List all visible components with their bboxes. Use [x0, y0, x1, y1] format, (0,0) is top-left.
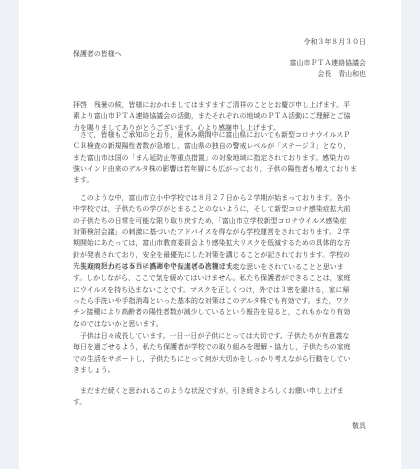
- paragraph-line: 強いインド由来のデルタ株の影響は若年層にも広がっており，子供の陽性者も増えており…: [73, 164, 357, 175]
- letter-addressee: 保護者の皆様へ: [73, 49, 122, 60]
- letter-page: 令和３年８月３０日 保護者の皆様へ 富山市ＰＴＡ連絡協議会 会長 青山和也 拝啓…: [19, 0, 401, 469]
- paragraph-line: チン接種により高齢者の陽性者数が減少しているという報告を見ると，これもかなり有効: [73, 307, 350, 318]
- paragraph-line: 対策検討会議」の刺激に基づいたアドバイスを得ながら学校運営をされております。２学: [73, 227, 350, 238]
- paragraph-line: ったら手洗いや手指消毒といった基本的な対策はこのデルタ株でも有効です。また，ワク: [73, 296, 349, 307]
- paragraph-line: 拝啓 残暑の候，皆様におかれましてはますますご清祥のこととお慶び申し上げます。平: [73, 100, 350, 111]
- paragraph-line: の子供たちの日常を可能な限り取り戻すため，「富山市立学校新型コロナウイルス感染症: [73, 216, 346, 227]
- paragraph-line: また富山市は国の「まん延防止等重点措置」の対象地域に指定されております。感染力の: [73, 153, 350, 164]
- paragraph-line: す。しかしながら，ここで気を緩めてはいけません。私たち保護者ができることは，家庭: [73, 273, 350, 284]
- paragraph-line: にウイルスを持ち込まないことです。マスクを正しくつけ，外では３密を避ける，家に帰: [73, 285, 349, 296]
- paragraph-line: 針が発表されており，安全を最優先にした対策を講じることが記されております。学校の: [73, 250, 350, 261]
- paragraph-line: さて，皆様もご承知のとおり，夏休み期間中に富山県においても新型コロナウイルスＰ: [73, 130, 350, 141]
- sender-organization: 富山市ＰＴＡ連絡協議会: [219, 58, 366, 69]
- sender-name: 会長 青山和也: [219, 69, 366, 80]
- paragraph-line: 毎日を過ごせるよう，私たち保護者が学校での取り組みを理解・協力し，子供たちの家庭: [73, 342, 351, 353]
- paragraph-line: での生活をサポートし，子供たちにとって何が大切かをしっかり考えながら行動をしてい: [73, 354, 350, 365]
- paragraph-line: 中学校では，子供たちの学びがとまることのないように，そして新型コロナ感染症拡大前: [73, 204, 351, 215]
- letter-date: 令和３年８月３０日: [269, 37, 366, 48]
- paragraph-line: ます。: [73, 175, 93, 186]
- paragraph-line: 期開始にあたっては，富山市教育委員会より感染拡大リスクを低減するための具体的な方: [73, 238, 350, 249]
- paragraph-line: す。: [73, 397, 86, 408]
- paragraph-line: このような中，富山市立小中学校では８月２７日から２学期が始まっております。各小: [73, 193, 350, 204]
- paragraph-line: 素より富山市ＰＴＡ連絡協議会の活動，またそれぞれの地域のＰＴＡ活動にご理解とご協: [73, 111, 351, 122]
- paragraph-line: きましょう。: [73, 365, 115, 376]
- paragraph-line: 長期間にわたるコロナ渦の中で保護者の皆様は大変な思いをされていることと思いま: [73, 262, 344, 273]
- paragraph-line: まだまだ続くと思われるこのような状況ですが，引き続きよろしくお願い申し上げま: [73, 386, 344, 397]
- paragraph-line: ＣＲ検査の新規陽性者数が急増し，富山県の独自の警戒レベルが「ステージ３」となり，: [73, 141, 350, 152]
- letter-closing: 敬具: [299, 421, 366, 432]
- paragraph-line: なのではないかと思います。: [73, 319, 163, 330]
- paragraph-line: 子供は日々成長しています。一日一日が子供にとっては大切です。子供たちが有意義な: [73, 331, 349, 342]
